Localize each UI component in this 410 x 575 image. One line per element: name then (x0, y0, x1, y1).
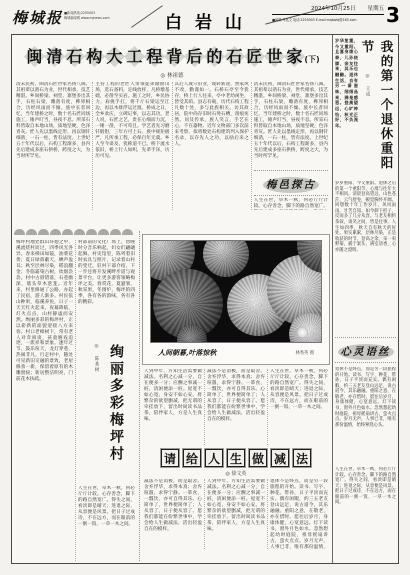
scallop-divider (14, 228, 138, 235)
section-badge-xinling-yusi: 心灵语丝 (338, 344, 394, 360)
essay-title-char: 做 (249, 449, 267, 467)
rail-body-2: 退休不是终点，而是另一段旅程的开始。读书、写字、种花、带孙，日子平淡而充实。偶有… (335, 367, 396, 465)
village-title: 绚丽多彩梅坪村 (108, 344, 124, 463)
essay-article: 人到中年，方知生活需要做减法。名利之心减一分，自在便多一分；应酬之事减一桩，清闲… (142, 369, 330, 561)
essay-title: 请 给 人 生 做 减 法 (142, 449, 330, 467)
lotus-flower (297, 327, 308, 338)
section-badge-meiyi-tangu: 梅邑探古 (263, 177, 319, 193)
rail-body-1: 岁岁重阳，今又重阳。退休之后的第一个重阳节，心境与往年大不相同。清晨登高望远，山… (335, 181, 396, 335)
headline-char: 闽 (25, 46, 44, 67)
lead-column-4-text-2: 人生在世，草木一秋，何必斤斤计较。心存善念，脚下的路自然宽广。得失之间，看淡即是… (254, 198, 328, 210)
essay-bottom-column-1: 减法不是消极，而是取舍。舍弃浮华，求得本真；舍弃喧嚣，求得宁静。一箪食，一瓢饮，… (142, 479, 204, 549)
lead-column-2: 主持工程的老匠人带领徒弟踏勘山场，选石备料，定线放样，凡桥墩基础，必凿至实岩。施… (92, 82, 171, 210)
headline-char: 背 (165, 46, 184, 67)
weekday: 星期五 (367, 4, 384, 12)
headline-char: 匠 (245, 46, 264, 67)
essay-top-columns: 人到中年，方知生活需要做减法。名利之心减一分，自在便多一分；应酬之事减一桩，清闲… (142, 369, 330, 445)
headline-char: 家 (285, 46, 304, 67)
essay-bottom-column-2: 人到中年，方知生活需要做减法。名利之心减一分，自在便多一分；应酬之事减一桩，清闲… (204, 479, 267, 549)
essay-bottom-column-3: 退休不是终点，而是另一段旅程的开始。读书、写字、种花、带孙，日子平淡而充实。偶有… (267, 479, 330, 549)
date-row: 2024年10月25日 星期五 (272, 4, 384, 12)
rail-title-block: 岁华复重，今又重阳。且喜身康心泰，儿孙绕膝，亲友往来，其乐也融融。退休生活，自有… (335, 38, 396, 178)
essay-title-char: 人 (205, 449, 223, 467)
lotus-photo (150, 240, 322, 343)
essay-title-char: 生 (227, 449, 245, 467)
photo-caption-row: 人间朝暮,叶落惊秋 林秀英 摄 (150, 343, 322, 362)
rail-title: 我的第一个退休重阳节 (360, 40, 394, 171)
rail-badge-wrap: 心灵语丝 (335, 337, 396, 363)
lead-column-3: 其后人或守旧业，或转新途，然家风不改，勤谨如一。石桥石亭至今犹存，桥上行人往来，… (172, 82, 251, 210)
content-frame: 闽清石构大工程背后的石匠世家(下) ◎ 林祖德 清末民初，闽清石匠世家名扬八闽。… (11, 34, 399, 564)
page-number: 3 (386, 3, 400, 27)
lead-columns: 清末民初，闽清石匠世家名扬八闽。其祖辈以凿石为业，世代相承，技艺精湛。乡间桥梁、… (14, 82, 330, 210)
rail-body-3: 人生在世，草木一秋，何必斤斤计较。心存善念，脚下的路自然宽广。得失之间，看淡即是… (335, 467, 396, 563)
village-title-block: 绚丽多彩梅坪村 ◎ 陈基树 (78, 344, 135, 486)
headline-char: 大 (105, 46, 124, 67)
headline-char: 构 (85, 46, 104, 67)
right-rail-article: 岁华复重，今又重阳。且喜身康心泰，儿孙绕膝，亲友往来，其乐也融融。退休生活，自有… (332, 35, 398, 563)
headline-char: 世 (265, 46, 284, 67)
village-article: 梅坪村地处群山环抱之中，溪流绕村而过，四季风光各异。春来梯田如镜，油菜花黄；夏日… (14, 240, 137, 561)
headline-char: 工 (125, 46, 144, 67)
village-column-2-bottom: 人生在世，草木一秋，何必斤斤计较。心存善念，脚下的路自然宽广。得失之间，看淡即是… (78, 486, 135, 561)
issue-date: 2024年10月25日 (311, 4, 356, 12)
headline-char: 清 (45, 46, 64, 67)
headline-char: 程 (145, 46, 164, 67)
essay-top-column-3: 人生在世，草木一秋，何必斤斤计较。心存善念，脚下的路自然宽广。得失之间，看淡即是… (267, 369, 330, 445)
essay-top-column-2: 减法不是消极，而是取舍。舍弃浮华，求得本真；舍弃喧嚣，求得宁静。一箪食，一瓢饮，… (204, 369, 267, 445)
headline-suffix: (下) (304, 55, 319, 64)
header-right-block: 2024年10月25日 星期五 ■编辑:朱兆文 电话:2255003 E-mai… (272, 4, 384, 22)
newspaper-page: 梅城报 ■新闻热线:2255003 梅城新闻网 www.mjnews.com 白… (0, 0, 410, 575)
essay-title-char: 请 (161, 449, 179, 467)
essay-byline: ◎ 徐文英 (142, 470, 330, 477)
headline-char: 石 (225, 46, 244, 67)
photo-credit: 林秀英 摄 (295, 350, 314, 356)
photo-block: 人间朝暮,叶落惊秋 林秀英 摄 (142, 234, 330, 365)
logo-website: 梅城新闻网 www.mjnews.com (64, 16, 124, 21)
essay-title-char: 减 (271, 449, 289, 467)
headline-char: 后 (185, 46, 204, 67)
village-column-2-top: 村部前的文化广场上，傍晚时分音乐响起，妇女们翩翩起舞。村史馆里，陈列着旧时农具与… (78, 240, 135, 344)
header-rule (272, 14, 384, 15)
logo-subtext: ■新闻热线:2255003 梅城新闻网 www.mjnews.com (64, 11, 124, 21)
essay-title-char: 给 (183, 449, 201, 467)
lead-column-4: 清末民初，闽清石匠世家名扬八闽。其祖辈以凿石为业，世代相承，技艺精湛。乡间桥梁、… (251, 82, 330, 210)
headline-char: 石 (65, 46, 84, 67)
essay-top-column-1: 人到中年，方知生活需要做减法。名利之心减一分，自在便多一分；应酬之事减一桩，清闲… (142, 369, 204, 445)
lead-headline: 闽清石构大工程背后的石匠世家(下) (14, 46, 330, 67)
rail-byline: ◎ 王成 (365, 74, 370, 97)
photo-caption: 人间朝暮,叶落惊秋 (158, 348, 216, 358)
lotus-leaf (203, 240, 249, 277)
lead-byline: ◎ 林祖德 (14, 71, 330, 79)
essay-bottom-columns: 减法不是消极，而是取舍。舍弃浮华，求得本真；舍弃喧嚣，求得宁静。一箪食，一瓢饮，… (142, 479, 330, 549)
village-byline: ◎ 陈基树 (94, 344, 99, 373)
section-badge-wrap: 梅邑探古 (254, 170, 328, 196)
lead-article: 闽清石构大工程背后的石匠世家(下) ◎ 林祖德 清末民初，闽清石匠世家名扬八闽。… (14, 35, 330, 227)
village-column-1: 梅坪村地处群山环抱之中，溪流绕村而过，四季风光各异。春来梯田如镜，油菜花黄；夏日… (16, 240, 73, 561)
essay-title-char: 法 (293, 449, 311, 467)
newspaper-logo: 梅城报 (12, 7, 63, 28)
vertical-dotted-separator (139, 231, 140, 561)
headline-char: 的 (205, 46, 224, 67)
page-title: 白岩山 (150, 8, 270, 33)
editor-contact: ■编辑:朱兆文 电话:2255003 E-mail:mqbwbj@163.com (272, 17, 384, 22)
rail-intro-text: 岁华复重，今又重阳。且喜身康心泰，儿孙绕膝，亲友往来，其乐也融融。退休生活，自有… (335, 38, 358, 178)
lead-column-4-text: 清末民初，闽清石匠世家名扬八闽。其祖辈以凿石为业，世代相承，技艺精湛。乡间桥梁、… (254, 82, 328, 168)
lead-column-1: 清末民初，闽清石匠世家名扬八闽。其祖辈以凿石为业，世代相承，技艺精湛。乡间桥梁、… (14, 82, 92, 210)
